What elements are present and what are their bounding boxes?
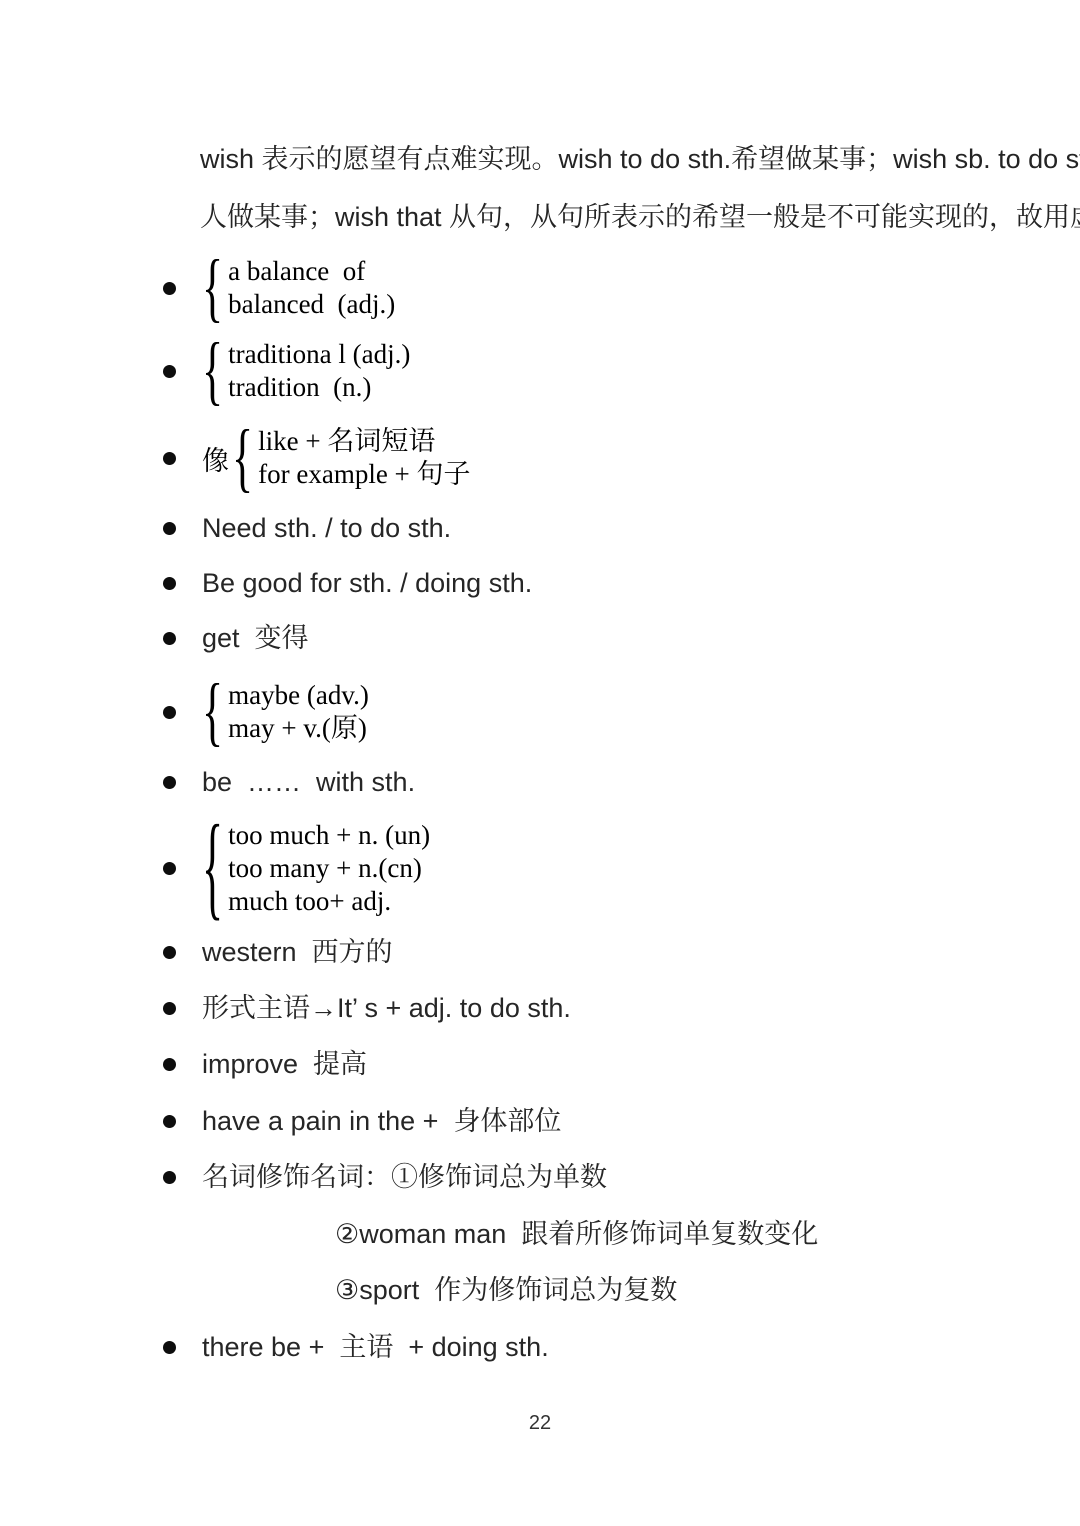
list-item-text: 名词修饰名词：①修饰词总为单数 bbox=[202, 1160, 607, 1194]
bullet-dot bbox=[163, 577, 176, 590]
bullet-dot bbox=[163, 452, 176, 465]
list-item: { maybe (adv.) may + v.(原) bbox=[163, 672, 369, 752]
list-item-continuation: ③sport 作为修饰词总为复数 bbox=[335, 1270, 677, 1310]
list-item: there be + 主语 + doing sth. bbox=[163, 1327, 549, 1367]
intro-line-2: 人做某事；wish that 从句，从句所表示的希望一般是不可能实现的，故用虚拟… bbox=[200, 201, 1080, 233]
bullet-dot bbox=[163, 282, 176, 295]
bullet-dot bbox=[163, 946, 176, 959]
list-item-text: ③sport 作为修饰词总为复数 bbox=[335, 1273, 677, 1307]
equation-line: too many + n.(cn) bbox=[228, 852, 430, 885]
equation-line: traditiona l (adj.) bbox=[228, 338, 410, 371]
equation-line: maybe (adv.) bbox=[228, 679, 369, 712]
list-item: Be good for sth. / doing sth. bbox=[163, 563, 532, 603]
list-item: have a pain in the + 身体部位 bbox=[163, 1101, 561, 1141]
equation-line: tradition (n.) bbox=[228, 371, 410, 404]
bullet-dot bbox=[163, 1115, 176, 1128]
list-item: 像 { like + 名词短语 for example + 句子 bbox=[163, 418, 471, 498]
list-item-text: Need sth. / to do sth. bbox=[202, 511, 451, 545]
equation-group: maybe (adv.) may + v.(原) bbox=[228, 679, 369, 745]
brace-icon: { bbox=[202, 333, 223, 410]
equation-line: may + v.(原) bbox=[228, 712, 369, 745]
list-item-text: have a pain in the + 身体部位 bbox=[202, 1104, 561, 1138]
bullet-dot bbox=[163, 1002, 176, 1015]
list-item: Need sth. / to do sth. bbox=[163, 508, 451, 548]
bullet-dot bbox=[163, 862, 176, 875]
list-item-text: improve 提高 bbox=[202, 1047, 367, 1081]
equation-line: balanced (adj.) bbox=[228, 288, 395, 321]
list-item-continuation: ②woman man 跟着所修饰词单复数变化 bbox=[335, 1214, 818, 1254]
equation-group: traditiona l (adj.) tradition (n.) bbox=[228, 338, 410, 404]
equation-line: much too+ adj. bbox=[228, 885, 430, 918]
bullet-dot bbox=[163, 1341, 176, 1354]
bullet-dot bbox=[163, 365, 176, 378]
bullet-dot bbox=[163, 1058, 176, 1071]
equation-group: too much + n. (un) too many + n.(cn) muc… bbox=[228, 819, 430, 918]
brace-icon: { bbox=[202, 250, 223, 327]
bullet-dot bbox=[163, 776, 176, 789]
list-item: get 变得 bbox=[163, 618, 309, 658]
equation-line: too much + n. (un) bbox=[228, 819, 430, 852]
list-item: { traditiona l (adj.) tradition (n.) bbox=[163, 331, 410, 411]
list-item-text: there be + 主语 + doing sth. bbox=[202, 1330, 549, 1364]
equation-line: a balance of bbox=[228, 255, 395, 288]
list-item-text: western 西方的 bbox=[202, 935, 393, 969]
equation-group: a balance of balanced (adj.) bbox=[228, 255, 395, 321]
list-item-text: get 变得 bbox=[202, 621, 309, 655]
list-item: { too much + n. (un) too many + n.(cn) m… bbox=[163, 816, 430, 920]
list-item: 形式主语→It’ s + adj. to do sth. bbox=[163, 988, 571, 1028]
list-item-text: 形式主语→It’ s + adj. to do sth. bbox=[202, 991, 571, 1025]
brace-icon: { bbox=[232, 420, 253, 497]
bullet-dot bbox=[163, 1171, 176, 1184]
brace-icon: { bbox=[202, 810, 223, 927]
list-item: improve 提高 bbox=[163, 1044, 367, 1084]
intro-line-1: wish 表示的愿望有点难实现。wish to do sth.希望做某事；wis… bbox=[200, 143, 1080, 175]
list-item-text: ②woman man 跟着所修饰词单复数变化 bbox=[335, 1217, 818, 1251]
list-item: 名词修饰名词：①修饰词总为单数 bbox=[163, 1157, 607, 1197]
brace-prefix: 像 bbox=[202, 439, 229, 478]
list-item-text: be …… with sth. bbox=[202, 765, 415, 799]
bullet-dot bbox=[163, 706, 176, 719]
bullet-dot bbox=[163, 632, 176, 645]
bullet-dot bbox=[163, 522, 176, 535]
list-item: { a balance of balanced (adj.) bbox=[163, 248, 395, 328]
list-item-text: Be good for sth. / doing sth. bbox=[202, 566, 532, 600]
document-page: wish 表示的愿望有点难实现。wish to do sth.希望做某事；wis… bbox=[0, 0, 1080, 1526]
equation-line: like + 名词短语 bbox=[258, 425, 470, 458]
list-item: be …… with sth. bbox=[163, 762, 415, 802]
equation-line: for example + 句子 bbox=[258, 458, 470, 491]
brace-icon: { bbox=[202, 674, 223, 751]
equation-group: like + 名词短语 for example + 句子 bbox=[258, 425, 470, 491]
page-number: 22 bbox=[0, 1412, 1080, 1435]
list-item: western 西方的 bbox=[163, 932, 393, 972]
